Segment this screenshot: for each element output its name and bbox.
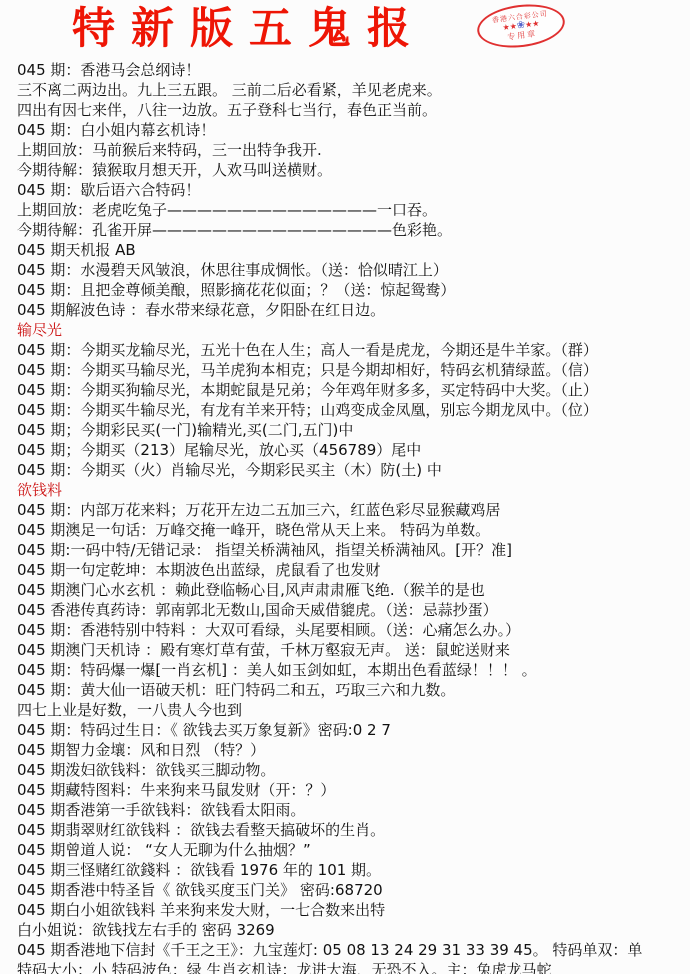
section-header: 输尽光 xyxy=(17,320,690,340)
five-ghost-report-sheet: 特新版五鬼报 香港六合彩公司 ★★❀★★ 专用章 045 期：香港马会总纲诗！三… xyxy=(0,0,690,974)
report-body: 045 期：香港马会总纲诗！三不离二两边出。九上三五跟。 三前二后必看紧，羊见老… xyxy=(0,58,690,974)
report-line: 特码大小：小 特码波色：绿 生肖玄机诗：龙进大海，无恐不入。主：兔虎龙马蛇 xyxy=(17,960,690,974)
report-line: 045 期：且把金尊倾美酿，照影摘花花似面；？（送：惊起鸳鸯） xyxy=(17,280,690,300)
report-line: 三不离二两边出。九上三五跟。 三前二后必看紧，羊见老虎来。 xyxy=(17,80,690,100)
report-line: 045 期智力金壤：风和日烈 （特？） xyxy=(17,740,690,760)
report-line: 045 期；今期彩民买(一门)输精光,买(二门,五门)中 xyxy=(17,420,690,440)
report-line: 045 期：今期买狗输尽光，本期蛇鼠是兄弟；今年鸡年财多多，买定特码中大奖。（止… xyxy=(17,380,690,400)
report-line: 045 期解波色诗 ：春水带来绿花意，夕阳卧在红日边。 xyxy=(17,300,690,320)
report-line: 上期回放：马前猴后来特码，三一出特争我开. xyxy=(17,140,690,160)
report-line: 045 期翡翠财红欲钱料 ：欲钱去看整天搞破坏的生肖。 xyxy=(17,820,690,840)
report-line: 045 期；今期买（213）尾输尽光，放心买（456789）尾中 xyxy=(17,440,690,460)
report-line: 045 期：特码过生日：《 欲钱去买万象复新》密码:0 2 7 xyxy=(17,720,690,740)
report-line: 045 期藏特图料：牛来狗来马鼠发财（开：？） xyxy=(17,780,690,800)
report-line: 今期待解：猿猴取月想天开，人欢马叫送横财。 xyxy=(17,160,690,180)
report-line: 045 香港传真药诗：郭南郭北无数山,国命天威借貔虎。（送：忌蒜抄蛋） xyxy=(17,600,690,620)
page-title: 特新版五鬼报 xyxy=(72,4,426,54)
report-line: 045 期一句定乾坤：本期波色出蓝绿，虎鼠看了也发财 xyxy=(17,560,690,580)
report-line: 045 期澳足一句话：万峰交掩一峰开，晓色常从天上来。 特码为单数。 xyxy=(17,520,690,540)
report-line: 045 期香港中特圣旨《 欲钱买度玉门关》 密码:68720 xyxy=(17,880,690,900)
report-line: 上期回放：老虎吃兔子——————————————一口吞。 xyxy=(17,200,690,220)
report-line: 045 期：白小姐内幕玄机诗！ xyxy=(17,120,690,140)
report-line: 045 期天机报 AB xyxy=(17,240,690,260)
report-line: 045 期：今期买（火）肖输尽光，今期彩民买主（木）防(土) 中 xyxy=(17,460,690,480)
report-line: 045 期：内部万花来料；万花开左边二五加三六，红蓝色彩尽显猴藏鸡居 xyxy=(17,500,690,520)
report-line: 045 期:一码中特/无错记录： 指望关桥满袖风，指望关桥满袖风。[开？准] xyxy=(17,540,690,560)
report-line: 045 期：今期买马输尽光，马羊虎狗本相克；只是今期却相好，特码玄机猜绿蓝。（信… xyxy=(17,360,690,380)
report-line: 今期待解：孔雀开屏————————————————色彩艳。 xyxy=(17,220,690,240)
report-line: 045 期：香港马会总纲诗！ xyxy=(17,60,690,80)
seal-stars-left: ★★ xyxy=(502,21,517,32)
report-line: 045 期曾道人说： “女人无聊为什么抽烟？” xyxy=(17,840,690,860)
report-line: 045 期：香港特别中特料 ：大双可看绿，头尾要相顾。（送：心痛怎么办。） xyxy=(17,620,690,640)
report-line: 045 期澳门心水玄机 ：赖此登临畅心目,风声肃肃雁飞绝.（猴羊的是也 xyxy=(17,580,690,600)
report-line: 四出有因七来伴，八往一边放。五子登科七当行，春色正当前。 xyxy=(17,100,690,120)
report-line: 045 期白小姐欲钱料 羊来狗来发大财，一七合数来出特 xyxy=(17,900,690,920)
report-line: 045 期：水漫碧天风皱浪，休思往事成惆怅。（送：恰似晴江上） xyxy=(17,260,690,280)
masthead: 特新版五鬼报 香港六合彩公司 ★★❀★★ 专用章 xyxy=(0,0,690,58)
report-line: 045 期：黄大仙一语破天机：旺门特码二和五，巧取三六和九数。 xyxy=(17,680,690,700)
report-line: 白小姐说：欲钱找左右手的 密码 3269 xyxy=(17,920,690,940)
seal-stars-right: ★★ xyxy=(524,18,539,29)
report-line: 045 期：歇后语六合特码！ xyxy=(17,180,690,200)
report-line: 045 期香港地下信封《千王之王》：九宝莲灯: 05 08 13 24 29 3… xyxy=(17,940,690,960)
report-line: 045 期：今期买牛输尽光，有龙有羊来开特；山鸡变成金凤凰，别忘今期龙凤中。（位… xyxy=(17,400,690,420)
company-seal: 香港六合彩公司 ★★❀★★ 专用章 xyxy=(475,0,567,52)
report-line: 045 期澳门天机诗 ：殿有寒灯草有萤，千林万壑寂无声。 送：鼠蛇送财来 xyxy=(17,640,690,660)
report-line: 045 期：今期买龙输尽光，五光十色在人生；高人一看是虎龙，今期还是牛羊家。（群… xyxy=(17,340,690,360)
report-line: 四七上业是好数，一八贵人今也到 xyxy=(17,700,690,720)
report-line: 045 期泼妇欲钱料：欲钱买三脚动物。 xyxy=(17,760,690,780)
report-line: 045 期三怪赌红欲錢料 ：欲钱看 1976 年的 101 期。 xyxy=(17,860,690,880)
report-line: 045 期：特码爆一爆[一肖玄机] ：美人如玉剑如虹，本期出色看蓝绿！！！ 。 xyxy=(17,660,690,680)
section-header: 欲钱料 xyxy=(17,480,690,500)
report-line: 045 期香港第一手欲钱料：欲钱看太阳雨。 xyxy=(17,800,690,820)
